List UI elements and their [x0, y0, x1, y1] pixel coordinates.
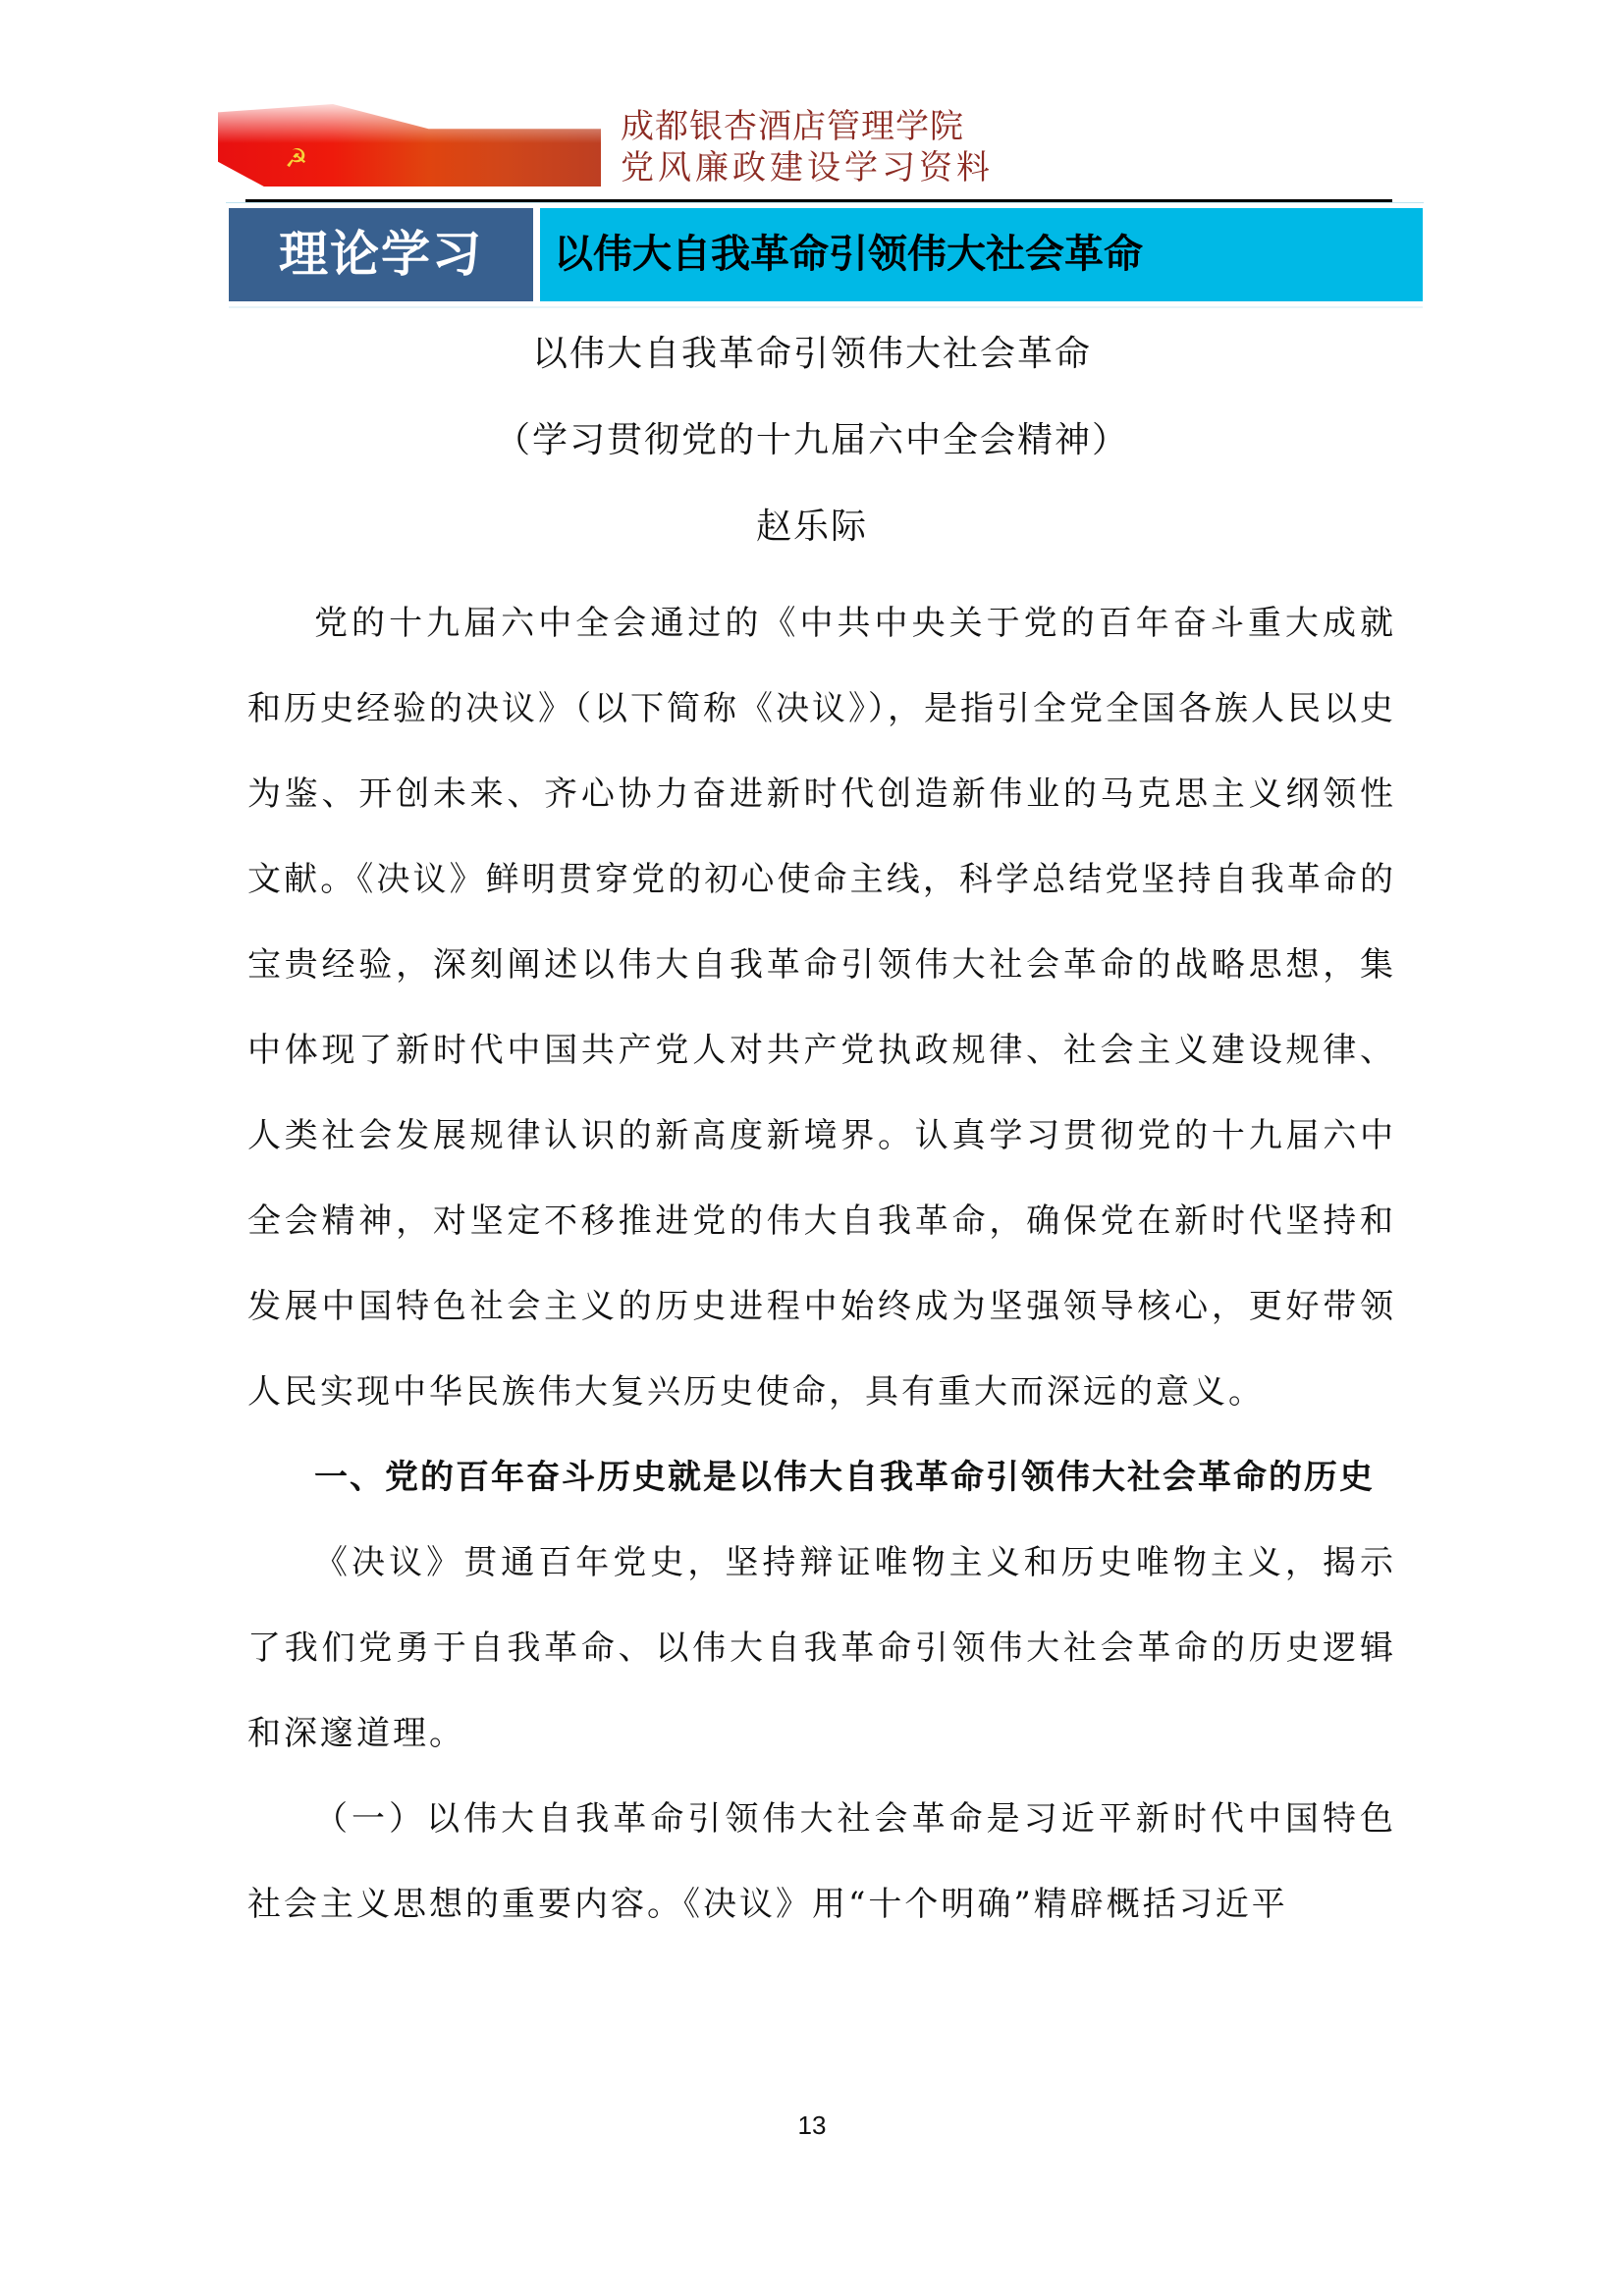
article-subtitle: （学习贯彻党的十九届六中全会精神） [0, 412, 1624, 462]
logo-highlight [218, 104, 601, 143]
paragraph-section-1-intro: 《决议》贯通百年党史，坚持辩证唯物主义和历史唯物主义，揭示了我们党勇于自我革命、… [247, 1521, 1396, 1777]
page-number: 13 [0, 2110, 1624, 2141]
hammer-sickle-icon: ☭ [285, 145, 312, 173]
series-title: 党风廉政建设学习资料 [621, 147, 994, 188]
section-title: 以伟大自我革命引领伟大社会革命 [540, 208, 1423, 301]
article-title: 以伟大自我革命引领伟大社会革命 [0, 326, 1624, 376]
paragraph-subsection-1: （一）以伟大自我革命引领伟大社会革命是习近平新时代中国特色社会主义思想的重要内容… [247, 1777, 1396, 1948]
section-heading-1: 一、党的百年奋斗历史就是以伟大自我革命引领伟大社会革命的历史 [247, 1435, 1396, 1521]
document-header: ☭ 成都银杏酒店管理学院 党风廉政建设学习资料 [218, 98, 1426, 196]
paragraph-intro: 党的十九届六中全会通过的《中共中央关于党的百年奋斗重大成就和历史经验的决议》（以… [247, 581, 1396, 1435]
header-divider-accent [226, 202, 1424, 203]
article-author: 赵乐际 [0, 499, 1624, 549]
article-body: 党的十九届六中全会通过的《中共中央关于党的百年奋斗重大成就和历史经验的决议》（以… [247, 581, 1396, 1948]
school-name: 成都银杏酒店管理学院 [621, 106, 964, 147]
party-flag-logo: ☭ [218, 104, 601, 187]
section-banner: 理论学习 以伟大自我革命引领伟大社会革命 [229, 208, 1423, 301]
section-label: 理论学习 [229, 208, 533, 301]
banner-underline [229, 306, 1423, 308]
